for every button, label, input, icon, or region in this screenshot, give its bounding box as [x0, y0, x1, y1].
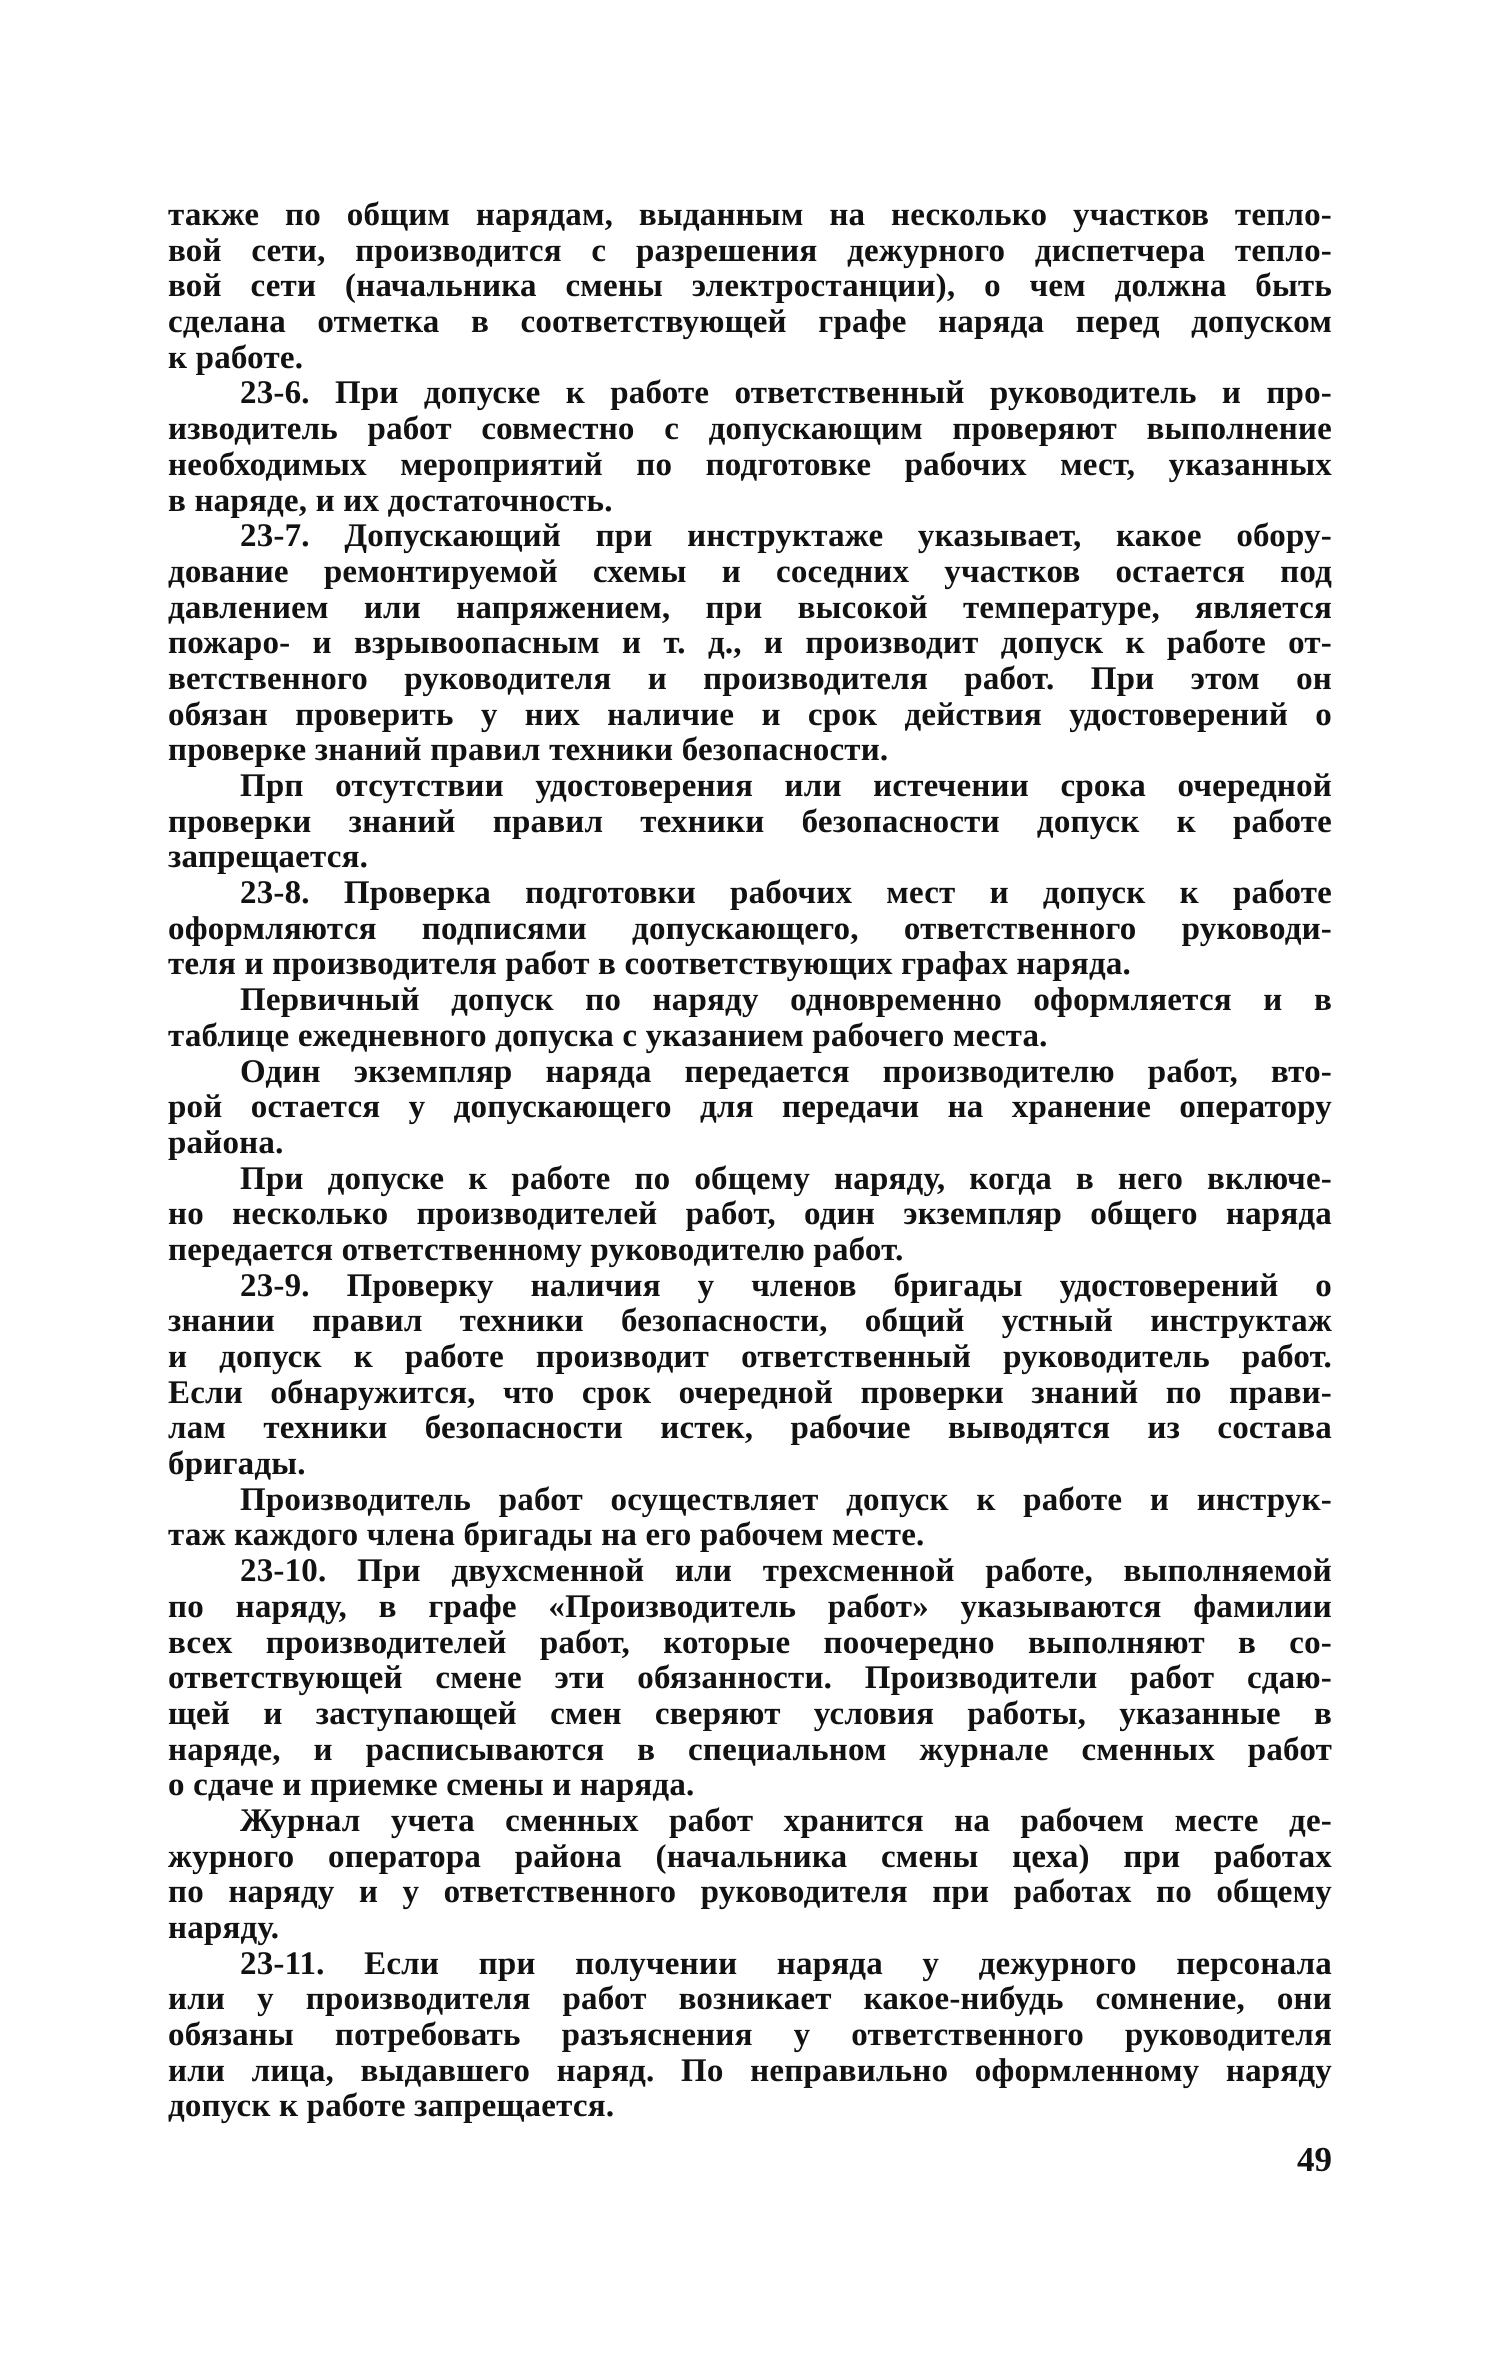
paragraph: 23-11. Если при получении наряда у дежур…	[168, 1947, 1332, 2125]
page-number: 49	[168, 2142, 1332, 2178]
text-line: наряду.	[168, 1911, 1332, 1947]
text-line: 23-7. Допускающий при инструктаже указыв…	[168, 519, 1332, 555]
text-line: и допуск к работе производит ответственн…	[168, 1340, 1332, 1376]
text-line: таблице ежедневного допуска с указанием …	[168, 1019, 1332, 1055]
paragraph: также по общим нарядам, выданным на неск…	[168, 198, 1332, 376]
text-line: журного оператора района (начальника сме…	[168, 1840, 1332, 1876]
text-line: знании правил техники безопасности, общи…	[168, 1304, 1332, 1340]
body-text: также по общим нарядам, выданным на неск…	[168, 198, 1332, 2125]
text-line: Прп отсутствии удостоверения или истечен…	[168, 769, 1332, 805]
text-line: в наряде, и их достаточность.	[168, 484, 1332, 520]
text-line: по наряду, в графе «Производитель работ»…	[168, 1590, 1332, 1626]
text-line: Журнал учета сменных работ хранится на р…	[168, 1804, 1332, 1840]
paragraph: 23-10. При двухсменной или трехсменной р…	[168, 1554, 1332, 1804]
text-line: 23-6. При допуске к работе ответственный…	[168, 376, 1332, 412]
paragraph: Производитель работ осуществляет допуск …	[168, 1483, 1332, 1554]
paragraph: 23-8. Проверка подготовки рабочих мест и…	[168, 876, 1332, 983]
text-line: сделана отметка в соответствующей графе …	[168, 305, 1332, 341]
text-line: всех производителей работ, которые пооче…	[168, 1626, 1332, 1662]
text-line: или у производителя работ возникает како…	[168, 1982, 1332, 2018]
text-line: щей и заступающей смен сверяют условия р…	[168, 1697, 1332, 1733]
text-line: наряде, и расписываются в специальном жу…	[168, 1733, 1332, 1769]
text-line: передается ответственному руководителю р…	[168, 1233, 1332, 1269]
text-line: обязан проверить у них наличие и срок де…	[168, 698, 1332, 734]
text-line: Первичный допуск по наряду одновременно …	[168, 983, 1332, 1019]
paragraph: 23-9. Проверку наличия у членов бригады …	[168, 1269, 1332, 1483]
text-line: 23-10. При двухсменной или трехсменной р…	[168, 1554, 1332, 1590]
text-line: Если обнаружится, что срок очередной про…	[168, 1376, 1332, 1412]
text-line: допуск к работе запрещается.	[168, 2089, 1332, 2125]
scanned-book-page: также по общим нарядам, выданным на неск…	[0, 0, 1500, 2362]
text-line: 23-9. Проверку наличия у членов бригады …	[168, 1269, 1332, 1305]
text-line: вой сети, производится с разрешения дежу…	[168, 234, 1332, 270]
text-line: вой сети (начальника смены электростанци…	[168, 269, 1332, 305]
paragraph: Прп отсутствии удостоверения или истечен…	[168, 769, 1332, 876]
paragraph: 23-6. При допуске к работе ответственный…	[168, 376, 1332, 519]
text-line: пожаро- и взрывоопасным и т. д., и произ…	[168, 626, 1332, 662]
paragraph: При допуске к работе по общему наряду, к…	[168, 1162, 1332, 1269]
text-line: обязаны потребовать разъяснения у ответс…	[168, 2018, 1332, 2054]
paragraph: Первичный допуск по наряду одновременно …	[168, 983, 1332, 1054]
text-line: При допуске к работе по общему наряду, к…	[168, 1162, 1332, 1198]
paragraph: Журнал учета сменных работ хранится на р…	[168, 1804, 1332, 1947]
text-line: Производитель работ осуществляет допуск …	[168, 1483, 1332, 1519]
text-line: изводитель работ совместно с допускающим…	[168, 412, 1332, 448]
paragraph: Один экземпляр наряда передается произво…	[168, 1055, 1332, 1162]
text-line: к работе.	[168, 341, 1332, 377]
text-line: давлением или напряжением, при высокой т…	[168, 591, 1332, 627]
text-line: ответствующей смене эти обязанности. Про…	[168, 1661, 1332, 1697]
text-line: также по общим нарядам, выданным на неск…	[168, 198, 1332, 234]
text-line: рой остается у допускающего для передачи…	[168, 1090, 1332, 1126]
text-line: оформляются подписями допускающего, отве…	[168, 912, 1332, 948]
text-line: района.	[168, 1126, 1332, 1162]
text-line: теля и производителя работ в соответству…	[168, 947, 1332, 983]
text-line: лам техники безопасности истек, рабочие …	[168, 1411, 1332, 1447]
text-line: о сдаче и приемке смены и наряда.	[168, 1768, 1332, 1804]
text-line: проверки знаний правил техники безопасно…	[168, 805, 1332, 841]
text-line: 23-11. Если при получении наряда у дежур…	[168, 1947, 1332, 1983]
text-line: 23-8. Проверка подготовки рабочих мест и…	[168, 876, 1332, 912]
text-line: или лица, выдавшего наряд. По неправильн…	[168, 2054, 1332, 2090]
text-line: таж каждого члена бригады на его рабочем…	[168, 1518, 1332, 1554]
text-line: Один экземпляр наряда передается произво…	[168, 1055, 1332, 1091]
text-line: но несколько производителей работ, один …	[168, 1197, 1332, 1233]
text-line: бригады.	[168, 1447, 1332, 1483]
text-line: дование ремонтируемой схемы и соседних у…	[168, 555, 1332, 591]
paragraph: 23-7. Допускающий при инструктаже указыв…	[168, 519, 1332, 769]
text-line: ветственного руководителя и производител…	[168, 662, 1332, 698]
text-line: необходимых мероприятий по подготовке ра…	[168, 448, 1332, 484]
text-line: проверке знаний правил техники безопасно…	[168, 733, 1332, 769]
text-line: запрещается.	[168, 840, 1332, 876]
text-line: по наряду и у ответственного руководител…	[168, 1875, 1332, 1911]
